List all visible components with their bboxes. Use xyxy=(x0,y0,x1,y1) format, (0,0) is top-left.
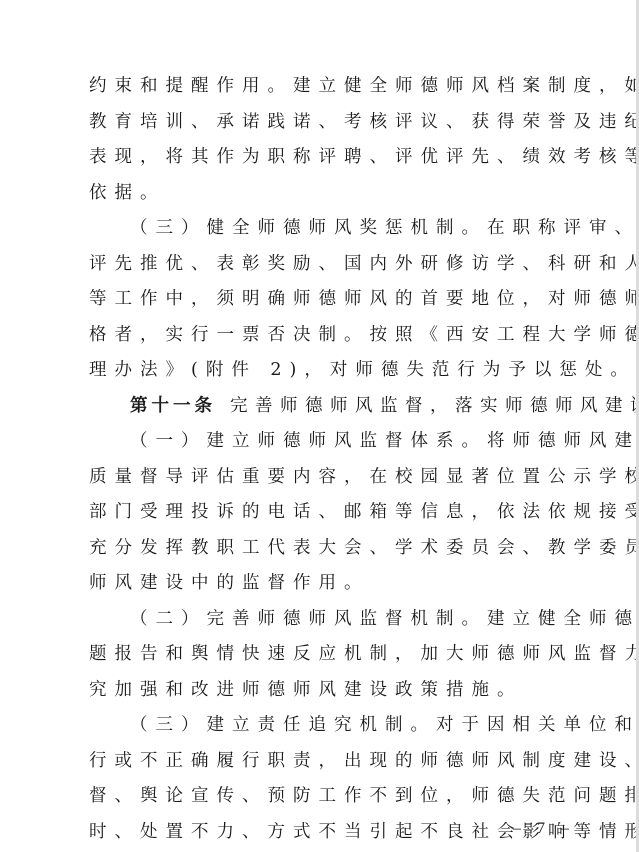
text-line: 约束和提醒作用。建立健全师德师风档案制度，如实记录教师 xyxy=(89,69,553,105)
text-line: 评先推优、表彰奖励、国内外研修访学、科研和人才项目申请 xyxy=(89,247,553,283)
paragraph-accountability: （三）建立责任追究机制。对于因相关单位和责任人不履 行或不正确履行职责，出现的师… xyxy=(89,708,553,850)
article-heading-line: 第十一条完善师德师风监督，落实师德师风建设责任 xyxy=(89,389,553,425)
page-content: 约束和提醒作用。建立健全师德师风档案制度，如实记录教师 教育培训、承诺践诺、考核… xyxy=(89,69,553,850)
text-line: 部门受理投诉的电话、邮箱等信息，依法依规接受监督举报。 xyxy=(89,495,553,531)
page-number: – 7 – xyxy=(513,820,575,838)
article-number: 第十一条 xyxy=(130,396,216,416)
text-line: 表现，将其作为职称评聘、评优评先、绩效考核等工作的重要 xyxy=(89,140,553,176)
text-line: 等工作中，须明确师德师风的首要地位，对师德师风考核不合 xyxy=(89,282,553,318)
text-line: 督、舆论宣传、预防工作不到位，师德失范问题排查发现不及 xyxy=(89,779,553,815)
text-line: 行或不正确履行职责，出现的师德师风制度建设、日常教育监 xyxy=(89,744,553,780)
paragraph-supervision-mechanism: （二）完善师德师风监督机制。建立健全师德师风重大问 题报告和舆情快速反应机制，加… xyxy=(89,602,553,709)
text-line: （三）健全师德师风奖惩机制。在职称评审、职务晋升、 xyxy=(89,211,553,247)
text-line: （一）建立师德师风监督体系。将师德师风建设作为教育 xyxy=(89,424,553,460)
text-line: 充分发挥教职工代表大会、学术委员会、教学委员会等在师德 xyxy=(89,531,553,567)
text-line: 师风建设中的监督作用。 xyxy=(89,566,553,602)
text-line: 教育培训、承诺践诺、考核评议、获得荣誉及违纪惩处等师德 xyxy=(89,105,553,141)
article-title: 完善师德师风监督，落实师德师风建设责任 xyxy=(230,396,639,416)
paragraph-supervision-system: （一）建立师德师风监督体系。将师德师风建设作为教育 质量督导评估重要内容，在校园… xyxy=(89,424,553,602)
text-line: 质量督导评估重要内容，在校园显著位置公示学校及教育主管 xyxy=(89,460,553,496)
paragraph-archive: 约束和提醒作用。建立健全师德师风档案制度，如实记录教师 教育培训、承诺践诺、考核… xyxy=(89,69,553,211)
document-page: 约束和提醒作用。建立健全师德师风档案制度，如实记录教师 教育培训、承诺践诺、考核… xyxy=(0,0,636,852)
paragraph-reward-punish: （三）健全师德师风奖惩机制。在职称评审、职务晋升、 评先推优、表彰奖励、国内外研… xyxy=(89,211,553,389)
text-line: （二）完善师德师风监督机制。建立健全师德师风重大问 xyxy=(89,602,553,638)
text-line: 理办法》(附件 2)，对师德失范行为予以惩处。 xyxy=(89,353,553,389)
text-line: 题报告和舆情快速反应机制，加大师德师风监督力度，及时研 xyxy=(89,637,553,673)
text-line: 时、处置不力、方式不当引起不良社会影响等情形，根据职责 xyxy=(89,815,553,851)
text-line: 依据。 xyxy=(89,176,553,212)
text-line: 格者，实行一票否决制。按照《西安工程大学师德失范行为处 xyxy=(89,318,553,354)
text-line: （三）建立责任追究机制。对于因相关单位和责任人不履 xyxy=(89,708,553,744)
text-line: 究加强和改进师德师风建设政策措施。 xyxy=(89,673,553,709)
